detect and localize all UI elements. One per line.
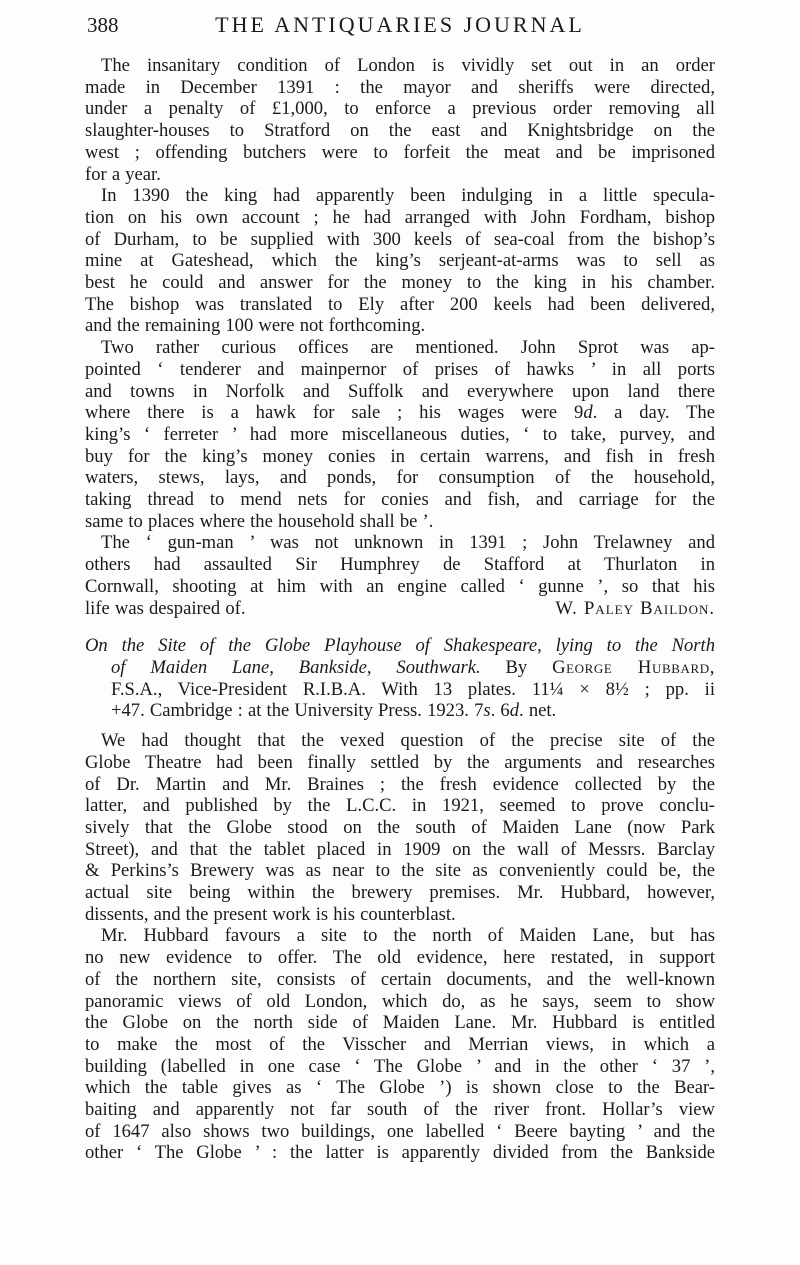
text-line: building (labelled in one case ‘ The Glo… [85,1056,715,1078]
text-segment: By [481,657,552,678]
text-line: best he could and answer for the money t… [85,272,715,294]
text-line: Mr. Hubbard favours a site to the north … [85,925,715,947]
text-line: & Perkins’s Brewery was as near to the s… [85,860,715,882]
text-line: the Globe on the north side of Maiden La… [85,1012,715,1034]
text-line: of 1647 also shows two buildings, one la… [85,1121,715,1143]
text-line: under a penalty of £1,000, to enforce a … [85,98,715,120]
text-line: slaughter-houses to Stratford on the eas… [85,120,715,142]
text-line: of Durham, to be supplied with 300 keels… [85,229,715,251]
text-line: and towns in Norfolk and Suffolk and eve… [85,381,715,403]
text-line: taking thread to mend nets for conies an… [85,489,715,511]
text-line: We had thought that the vexed question o… [85,730,715,752]
text-line: waters, stews, lays, and ponds, for cons… [85,467,715,489]
text-line: where there is a hawk for sale ; his wag… [85,402,715,424]
text-line: of Maiden Lane, Bankside, Southwark. By … [85,657,715,679]
paragraph: The ‘ gun-man ’ was not unknown in 1391 … [85,532,715,597]
text-line: of the northern site, consists of certai… [85,969,715,991]
text-segment: . net. [519,700,556,721]
text-line: In 1390 the king had apparently been ind… [85,185,715,207]
text-line: pointed ‘ tenderer and mainpernor of pri… [85,359,715,381]
text-line: F.S.A., Vice-President R.I.B.A. With 13 … [85,679,715,701]
author-name: W. Paley Baildon. [555,598,715,620]
text-segment: where there is a hawk for sale ; his wag… [85,402,583,423]
text-line: which the table gives as ‘ The Globe ’) … [85,1077,715,1099]
text-line: others had assaulted Sir Humphrey de Sta… [85,554,715,576]
paragraph: Two rather curious offices are mentioned… [85,337,715,532]
text-line: of Dr. Martin and Mr. Braines ; the fres… [85,774,715,796]
text-line: latter, and published by the L.C.C. in 1… [85,795,715,817]
article-body: The insanitary condition of London is vi… [85,55,715,598]
text-segment: . a day. The [593,402,715,423]
text-line: for a year. [85,164,715,186]
text-line: +47. Cambridge : at the University Press… [85,700,715,722]
article-signature-line: life was despaired of. W. Paley Baildon. [85,598,715,620]
italic-text: s [483,700,490,721]
paragraph: The insanitary condition of London is vi… [85,55,715,185]
small-caps-text: George Hubbard, [552,657,715,678]
text-line: baiting and apparently not far south of … [85,1099,715,1121]
text-line: The insanitary condition of London is vi… [85,55,715,77]
text-line: sively that the Globe stood on the south… [85,817,715,839]
italic-text: d [510,700,519,721]
text-line: Two rather curious offices are mentioned… [85,337,715,359]
page-content: 388 THE ANTIQUARIES JOURNAL The insanita… [85,12,715,1164]
text-line: buy for the king’s money conies in certa… [85,446,715,468]
text-line: made in December 1391 : the mayor and sh… [85,77,715,99]
italic-text: of Maiden Lane, Bankside, Southwark. [111,657,481,678]
text-line: dissents, and the present work is his co… [85,904,715,926]
text-line: west ; offending butchers were to forfei… [85,142,715,164]
text-line: no new evidence to offer. The old eviden… [85,947,715,969]
text-line: On the Site of the Globe Playhouse of Sh… [85,635,715,657]
italic-text: d [583,402,592,423]
text-line: tion on his own account ; he had arrange… [85,207,715,229]
closing-text: life was despaired of. [85,598,246,620]
text-line: Globe Theatre had been finally settled b… [85,752,715,774]
text-line: other ‘ The Globe ’ : the latter is appa… [85,1142,715,1164]
text-line: actual site being within the brewery pre… [85,882,715,904]
page-number: 388 [87,12,119,38]
text-line: mine at Gateshead, which the king’s serj… [85,250,715,272]
journal-title: THE ANTIQUARIES JOURNAL [85,12,715,38]
text-line: The bishop was translated to Ely after 2… [85,294,715,316]
page-header: 388 THE ANTIQUARIES JOURNAL [85,12,715,38]
text-line: king’s ‘ ferreter ’ had more miscellaneo… [85,424,715,446]
text-line: same to places where the household shall… [85,511,715,533]
text-line: to make the most of the Visscher and Mer… [85,1034,715,1056]
text-line: Cornwall, shooting at him with an engine… [85,576,715,598]
text-segment: . 6 [491,700,510,721]
paragraph: Mr. Hubbard favours a site to the north … [85,925,715,1164]
paragraph: We had thought that the vexed question o… [85,730,715,925]
text-line: The ‘ gun-man ’ was not unknown in 1391 … [85,532,715,554]
text-segment: +47. Cambridge : at the University Press… [111,700,483,721]
text-line: panoramic views of old London, which do,… [85,991,715,1013]
text-line: Street), and that the tablet placed in 1… [85,839,715,861]
book-review-section: On the Site of the Globe Playhouse of Sh… [85,635,715,1164]
book-review-heading: On the Site of the Globe Playhouse of Sh… [85,635,715,722]
text-segment: F.S.A., Vice-President R.I.B.A. With 13 … [111,679,715,700]
text-line: and the remaining 100 were not forthcomi… [85,315,715,337]
journal-page: 388 THE ANTIQUARIES JOURNAL The insanita… [0,0,800,1265]
italic-text: On the Site of the Globe Playhouse of Sh… [85,635,715,656]
paragraph: In 1390 the king had apparently been ind… [85,185,715,337]
